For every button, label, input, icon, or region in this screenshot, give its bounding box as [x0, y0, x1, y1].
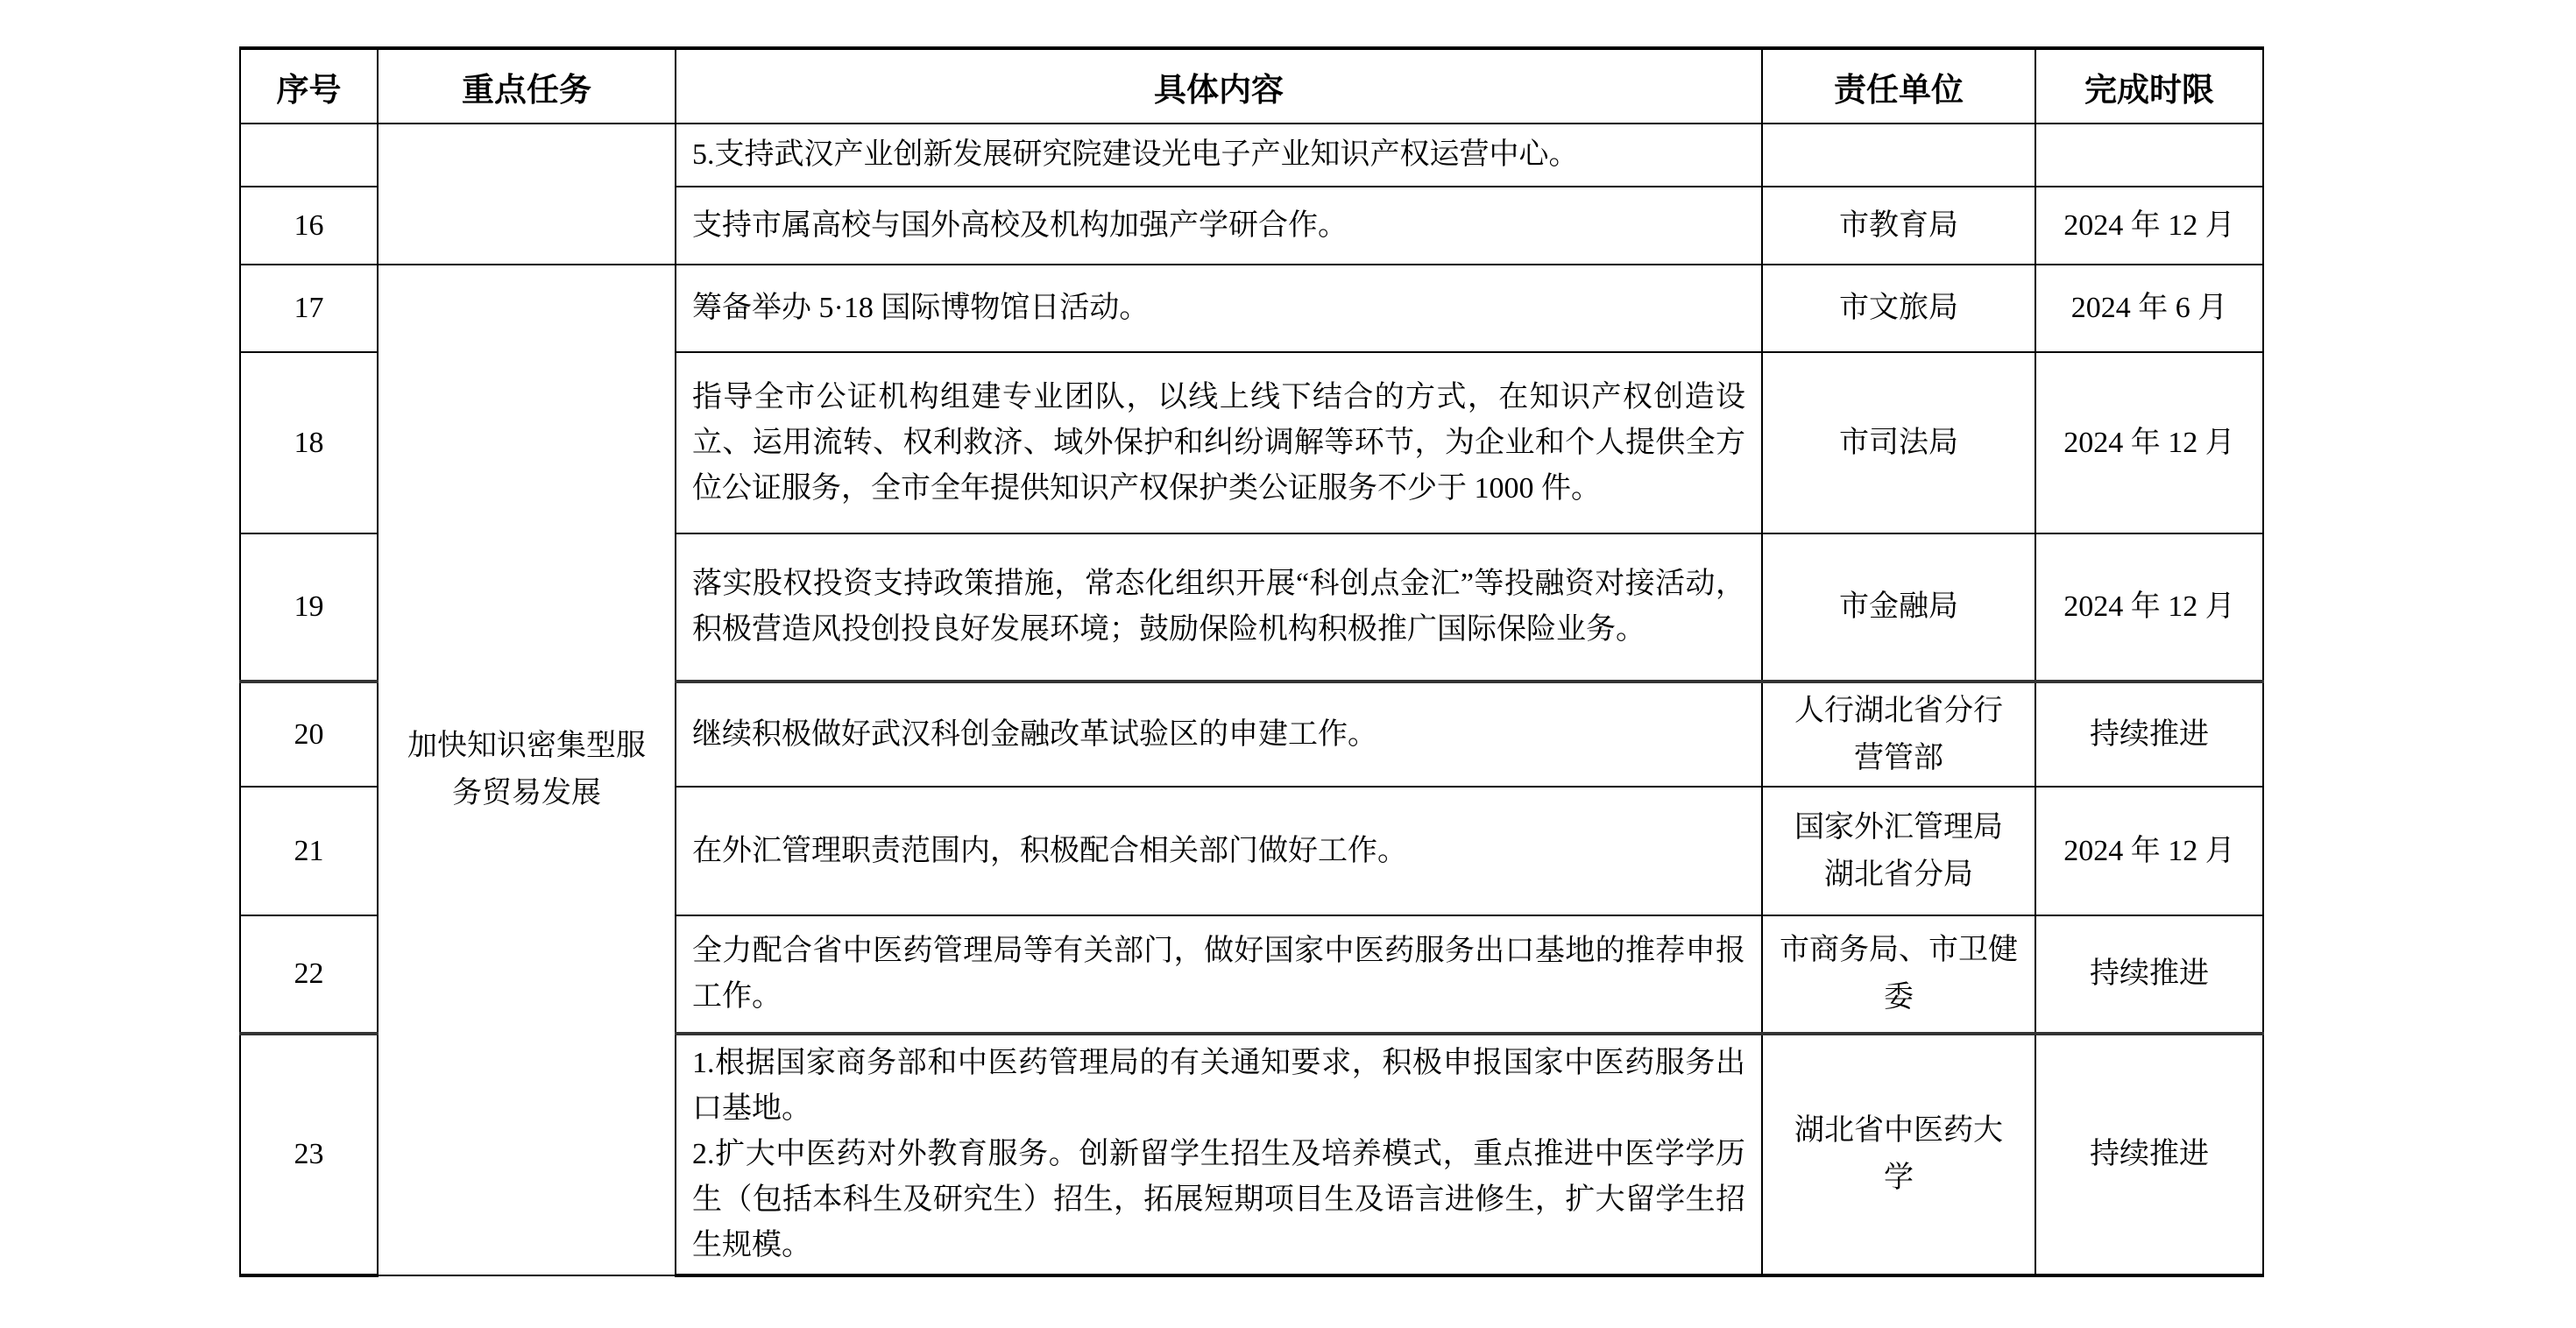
- unit-cell: 国家外汇管理局 湖北省分局: [1762, 787, 2035, 915]
- deadline-cell: 2024 年 12 月: [2035, 787, 2263, 915]
- unit-cell: 市教育局: [1762, 187, 2035, 265]
- header-seq: 序号: [240, 48, 378, 124]
- deadline-cell: 2024 年 12 月: [2035, 187, 2263, 265]
- unit-cell: 人行湖北省分行 营管部: [1762, 682, 2035, 787]
- header-task: 重点任务: [378, 48, 676, 124]
- content-cell: 指导全市公证机构组建专业团队，以线上线下结合的方式，在知识产权创造设立、运用流转…: [676, 352, 1762, 533]
- unit-cell: 湖北省中医药大 学: [1762, 1034, 2035, 1275]
- unit-cell: 市司法局: [1762, 352, 2035, 533]
- seq-cell: 16: [240, 187, 378, 265]
- deadline-cell: 2024 年 12 月: [2035, 533, 2263, 682]
- seq-cell: 23: [240, 1034, 378, 1275]
- document-page: 序号 重点任务 具体内容 责任单位 完成时限 5.支持武汉产业创新发展研究院建设…: [0, 0, 2576, 1328]
- table-row: 17 加快知识密集型服 务贸易发展 筹备举办 5·18 国际博物馆日活动。 市文…: [240, 265, 2263, 352]
- seq-cell: 21: [240, 787, 378, 915]
- content-cell: 筹备举办 5·18 国际博物馆日活动。: [676, 265, 1762, 352]
- seq-cell: 18: [240, 352, 378, 533]
- content-cell: 支持市属高校与国外高校及机构加强产学研合作。: [676, 187, 1762, 265]
- table-row: 5.支持武汉产业创新发展研究院建设光电子产业知识产权运营中心。: [240, 124, 2263, 187]
- task-group-cell-lower: 加快知识密集型服 务贸易发展: [378, 265, 676, 1275]
- content-cell: 继续积极做好武汉科创金融改革试验区的申建工作。: [676, 682, 1762, 787]
- content-cell: 落实股权投资支持政策措施，常态化组织开展“科创点金汇”等投融资对接活动，积极营造…: [676, 533, 1762, 682]
- header-deadline: 完成时限: [2035, 48, 2263, 124]
- seq-cell: 20: [240, 682, 378, 787]
- header-unit: 责任单位: [1762, 48, 2035, 124]
- seq-cell: 22: [240, 915, 378, 1034]
- header-content: 具体内容: [676, 48, 1762, 124]
- unit-cell: 市文旅局: [1762, 265, 2035, 352]
- seq-cell: 19: [240, 533, 378, 682]
- seq-cell: 17: [240, 265, 378, 352]
- content-cell: 全力配合省中医药管理局等有关部门，做好国家中医药服务出口基地的推荐申报工作。: [676, 915, 1762, 1034]
- content-cell: 在外汇管理职责范围内，积极配合相关部门做好工作。: [676, 787, 1762, 915]
- content-cell: 1.根据国家商务部和中医药管理局的有关通知要求，积极申报国家中医药服务出口基地。…: [676, 1034, 1762, 1275]
- deadline-cell: 2024 年 6 月: [2035, 265, 2263, 352]
- deadline-cell: 持续推进: [2035, 915, 2263, 1034]
- unit-cell: 市商务局、市卫健 委: [1762, 915, 2035, 1034]
- task-table: 序号 重点任务 具体内容 责任单位 完成时限 5.支持武汉产业创新发展研究院建设…: [239, 46, 2264, 1277]
- deadline-cell: [2035, 124, 2263, 187]
- unit-cell: 市金融局: [1762, 533, 2035, 682]
- deadline-cell: 持续推进: [2035, 1034, 2263, 1275]
- deadline-cell: 持续推进: [2035, 682, 2263, 787]
- deadline-cell: 2024 年 12 月: [2035, 352, 2263, 533]
- content-cell: 5.支持武汉产业创新发展研究院建设光电子产业知识产权运营中心。: [676, 124, 1762, 187]
- seq-cell: [240, 124, 378, 187]
- unit-cell: [1762, 124, 2035, 187]
- table-header-row: 序号 重点任务 具体内容 责任单位 完成时限: [240, 48, 2263, 124]
- task-group-cell-upper: [378, 124, 676, 265]
